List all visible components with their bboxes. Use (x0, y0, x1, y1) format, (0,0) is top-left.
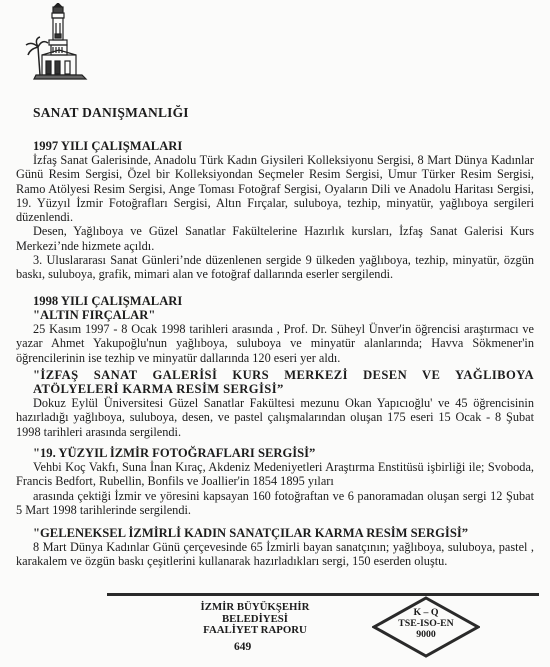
section-heading: "İZFAŞ SANAT GALERİSİ KURS MERKEZİ DESEN… (16, 368, 534, 396)
report-name: FAALİYET RAPORU (170, 625, 340, 637)
izmir-clock-tower-icon (22, 3, 94, 81)
section-heading: "19. YÜZYIL İZMİR FOTOĞRAFLARI SERGİSİ” (16, 446, 534, 460)
paragraph: Desen, Yağlıboya ve Güzel Sanatlar Fakül… (16, 224, 534, 253)
iso-line: K – Q (372, 607, 480, 618)
paragraph: Vehbi Koç Vakfı, Suna İnan Kıraç, Akdeni… (16, 460, 534, 489)
paragraph: arasında çektiği İzmir ve yöresini kapsa… (16, 489, 534, 518)
section-title: SANAT DANIŞMANLIĞI (33, 105, 189, 121)
section-subheading: "ALTIN FIRÇALAR" (16, 308, 534, 322)
paragraph: Dokuz Eylül Üniversitesi Güzel Sanatlar … (16, 396, 534, 439)
section-izmir-fotograflari: "19. YÜZYIL İZMİR FOTOĞRAFLARI SERGİSİ” … (16, 446, 534, 517)
iso-line: 9000 (372, 629, 480, 640)
paragraph: 25 Kasım 1997 - 8 Ocak 1998 tarihleri ar… (16, 322, 534, 365)
section-kadin-sanatcilar: "GELENEKSEL İZMİRLİ KADIN SANATÇILAR KAR… (16, 526, 534, 569)
section-1998: 1998 YILI ÇALIŞMALARI "ALTIN FIRÇALAR" 2… (16, 294, 534, 365)
page-number: 649 (234, 641, 251, 653)
paragraph: İzfaş Sanat Galerisinde, Anadolu Türk Ka… (16, 153, 534, 224)
paragraph: 8 Mart Dünya Kadınlar Günü çerçevesinde … (16, 540, 534, 569)
footer-organization: İZMİR BÜYÜKŞEHİR BELEDİYESİ FAALİYET RAP… (170, 602, 340, 637)
paragraph: 3. Uluslararası Sanat Günleri’nde düzenl… (16, 253, 534, 282)
org-name: İZMİR BÜYÜKŞEHİR BELEDİYESİ (170, 602, 340, 625)
section-heading: "GELENEKSEL İZMİRLİ KADIN SANATÇILAR KAR… (16, 526, 534, 540)
section-heading: 1997 YILI ÇALIŞMALARI (16, 139, 534, 153)
section-izfas-kurs: "İZFAŞ SANAT GALERİSİ KURS MERKEZİ DESEN… (16, 368, 534, 439)
section-heading: 1998 YILI ÇALIŞMALARI (16, 294, 534, 308)
section-1997: 1997 YILI ÇALIŞMALARI İzfaş Sanat Galeri… (16, 139, 534, 282)
iso-certification-label: K – Q TSE-ISO-EN 9000 (372, 607, 480, 640)
iso-line: TSE-ISO-EN (372, 618, 480, 629)
